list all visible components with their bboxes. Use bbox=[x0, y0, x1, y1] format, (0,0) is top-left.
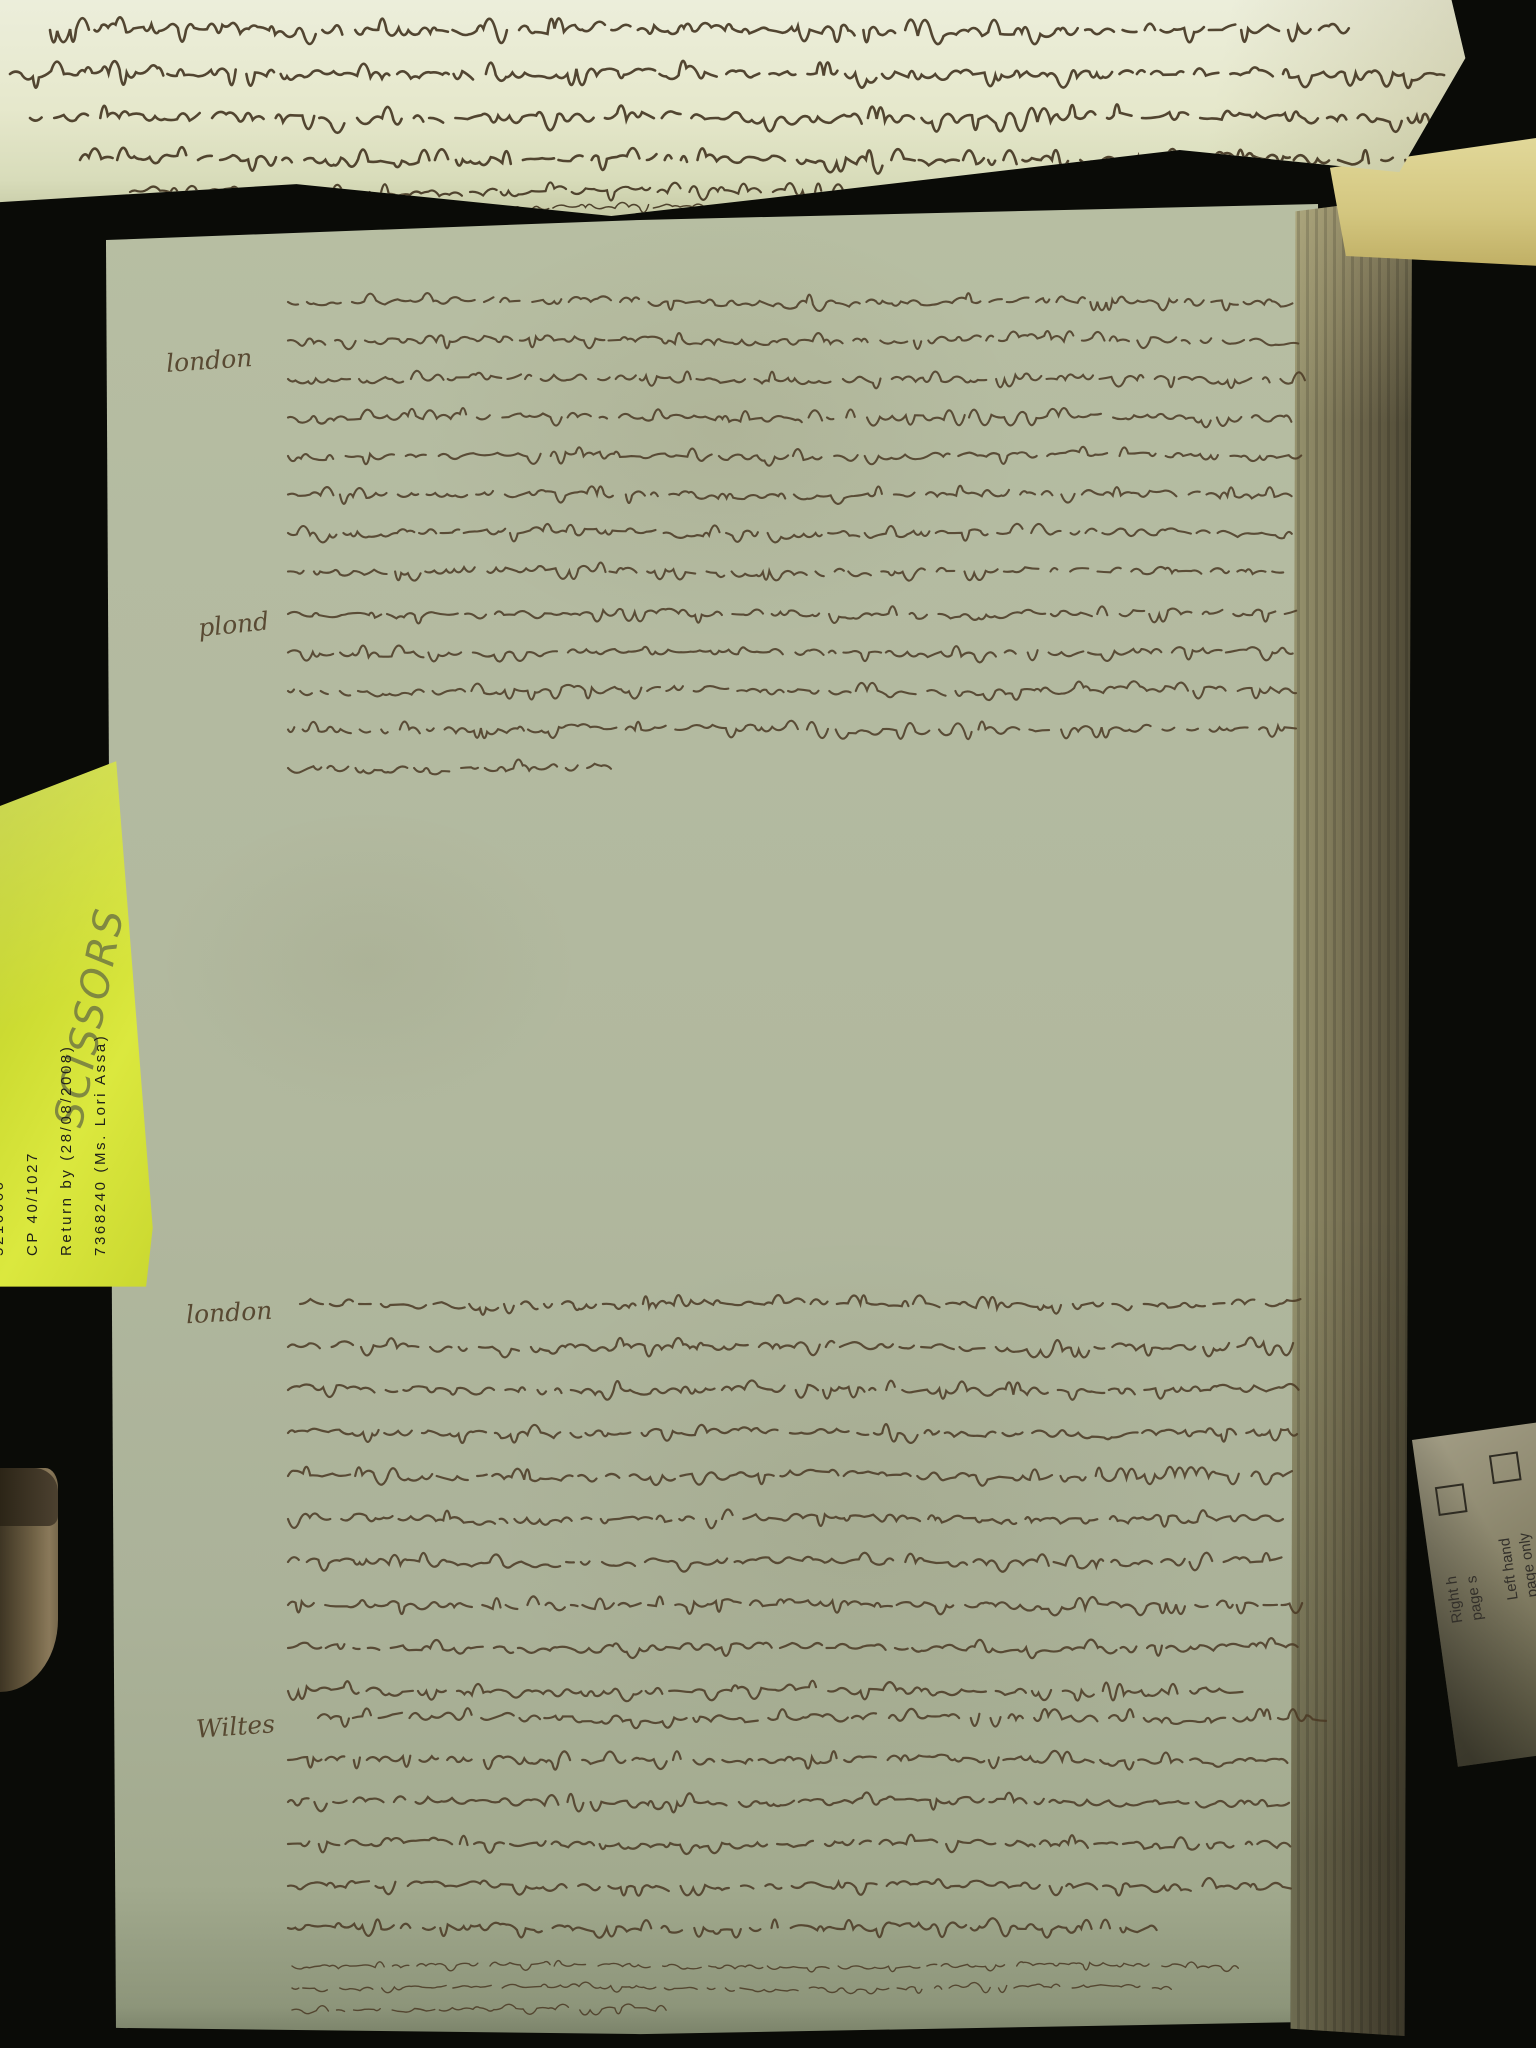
checkbox-icon bbox=[1488, 1451, 1521, 1484]
camera-instruction-card: Right h page s Left hand page only page … bbox=[1412, 1411, 1536, 1767]
leather-weight bbox=[0, 1468, 58, 1692]
sticky-note-print-line-2: CP 40/1027 bbox=[24, 1151, 42, 1256]
margin-annotation-london-2: london bbox=[185, 1296, 273, 1329]
photo-stage: london plond london Wiltes SCISSORS 5210… bbox=[0, 0, 1536, 2048]
sticky-note-print-line-1: 5210660 bbox=[0, 1179, 8, 1256]
folded-membrane-top bbox=[0, 0, 1536, 240]
sticky-note-print-line-3: Return by (28/08/2008) bbox=[58, 1045, 76, 1256]
card-option-label: Left hand page only bbox=[1495, 1531, 1536, 1601]
margin-annotation-wiltes: Wiltes bbox=[195, 1709, 276, 1743]
roll-spine-edge bbox=[1288, 204, 1412, 2036]
checkbox-icon bbox=[1434, 1483, 1467, 1516]
folded-membrane-ink bbox=[0, 0, 1536, 240]
card-option-label: Right h page s bbox=[1442, 1572, 1487, 1624]
sticky-note-print-line-4: 7368240 (Ms. Lori Assa) bbox=[92, 1034, 110, 1256]
margin-annotation-london-1: london bbox=[165, 343, 253, 378]
